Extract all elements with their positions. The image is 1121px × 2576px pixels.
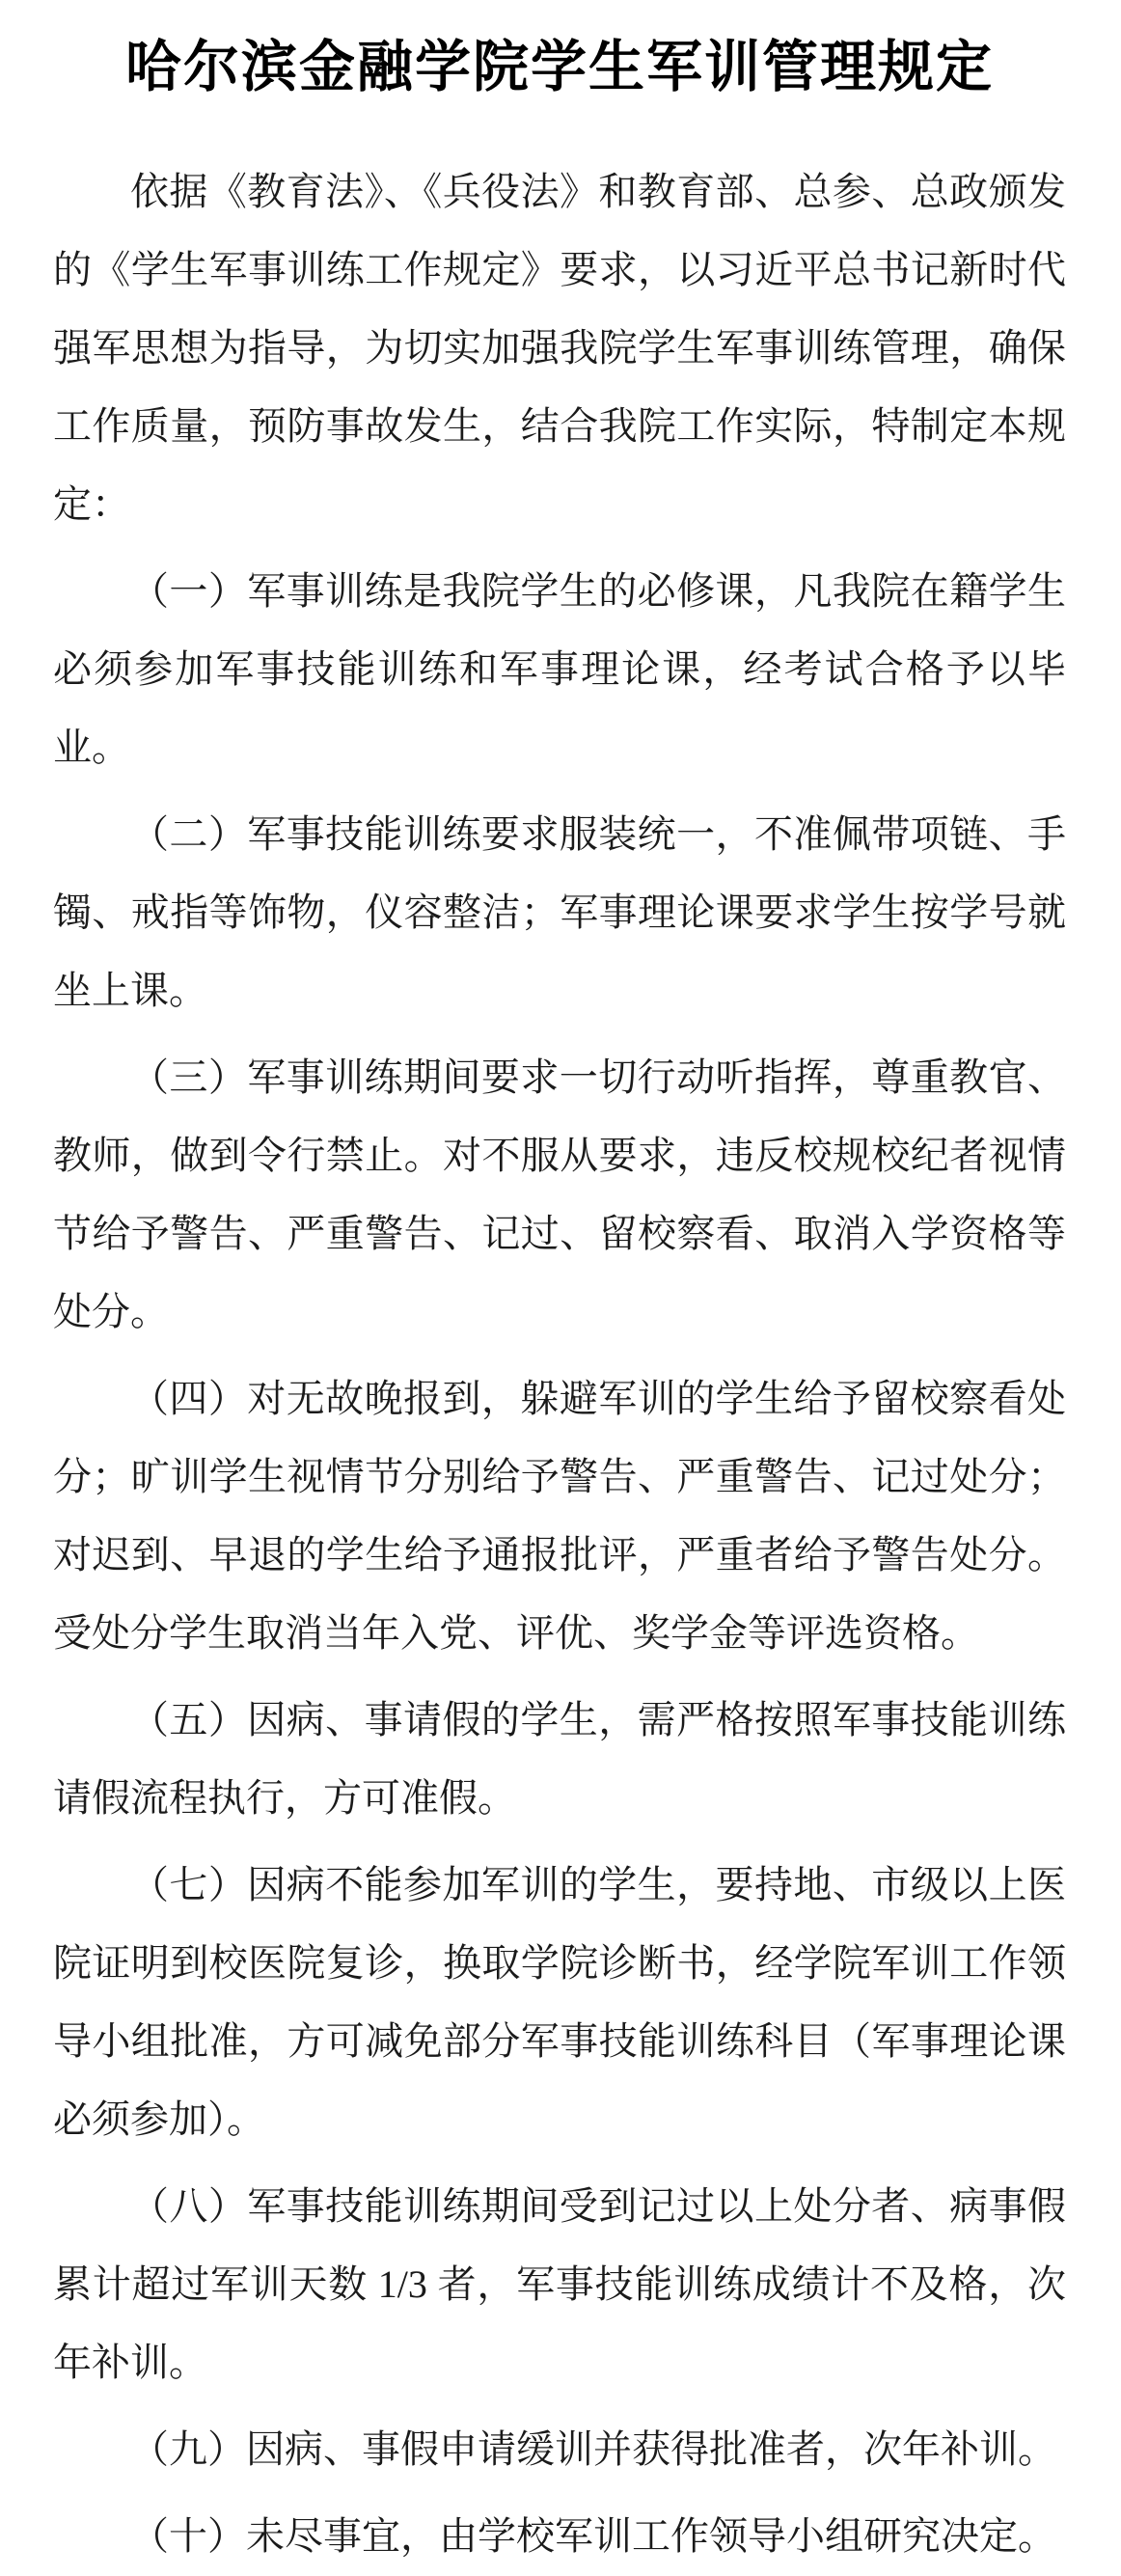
rule-2-paragraph: （二）军事技能训练要求服装统一，不准佩带项链、手镯、戒指等饰物，仪容整洁；军事理…: [53, 795, 1066, 1029]
rule-10-paragraph: （十）未尽事宜，由学校军训工作领导小组研究决定。: [53, 2497, 1066, 2575]
document-page: 哈尔滨金融学院学生军训管理规定 依据《教育法》、《兵役法》和教育部、总参、总政颁…: [0, 0, 1121, 2576]
rule-9-paragraph: （九）因病、事假申请缓训并获得批准者，次年补训。: [53, 2410, 1066, 2488]
rule-4-paragraph: （四）对无故晚报到，躲避军训的学生给予留校察看处分；旷训学生视情节分别给予警告、…: [53, 1359, 1066, 1672]
document-body: 依据《教育法》、《兵役法》和教育部、总参、总政颁发的《学生军事训练工作规定》要求…: [53, 152, 1066, 2575]
rule-7-paragraph: （七）因病不能参加军训的学生，要持地、市级以上医院证明到校医院复诊，换取学院诊断…: [53, 1846, 1066, 2158]
rule-5-paragraph: （五）因病、事请假的学生，需严格按照军事技能训练请假流程执行，方可准假。: [53, 1681, 1066, 1837]
intro-paragraph: 依据《教育法》、《兵役法》和教育部、总参、总政颁发的《学生军事训练工作规定》要求…: [53, 152, 1066, 543]
rule-1-paragraph: （一）军事训练是我院学生的必修课，凡我院在籍学生必须参加军事技能训练和军事理论课…: [53, 552, 1066, 786]
document-title: 哈尔滨金融学院学生军训管理规定: [53, 33, 1066, 102]
rule-3-paragraph: （三）军事训练期间要求一切行动听指挥，尊重教官、教师，做到令行禁止。对不服从要求…: [53, 1038, 1066, 1351]
rule-8-paragraph: （八）军事技能训练期间受到记过以上处分者、病事假累计超过军训天数 1/3 者，军…: [53, 2167, 1066, 2401]
